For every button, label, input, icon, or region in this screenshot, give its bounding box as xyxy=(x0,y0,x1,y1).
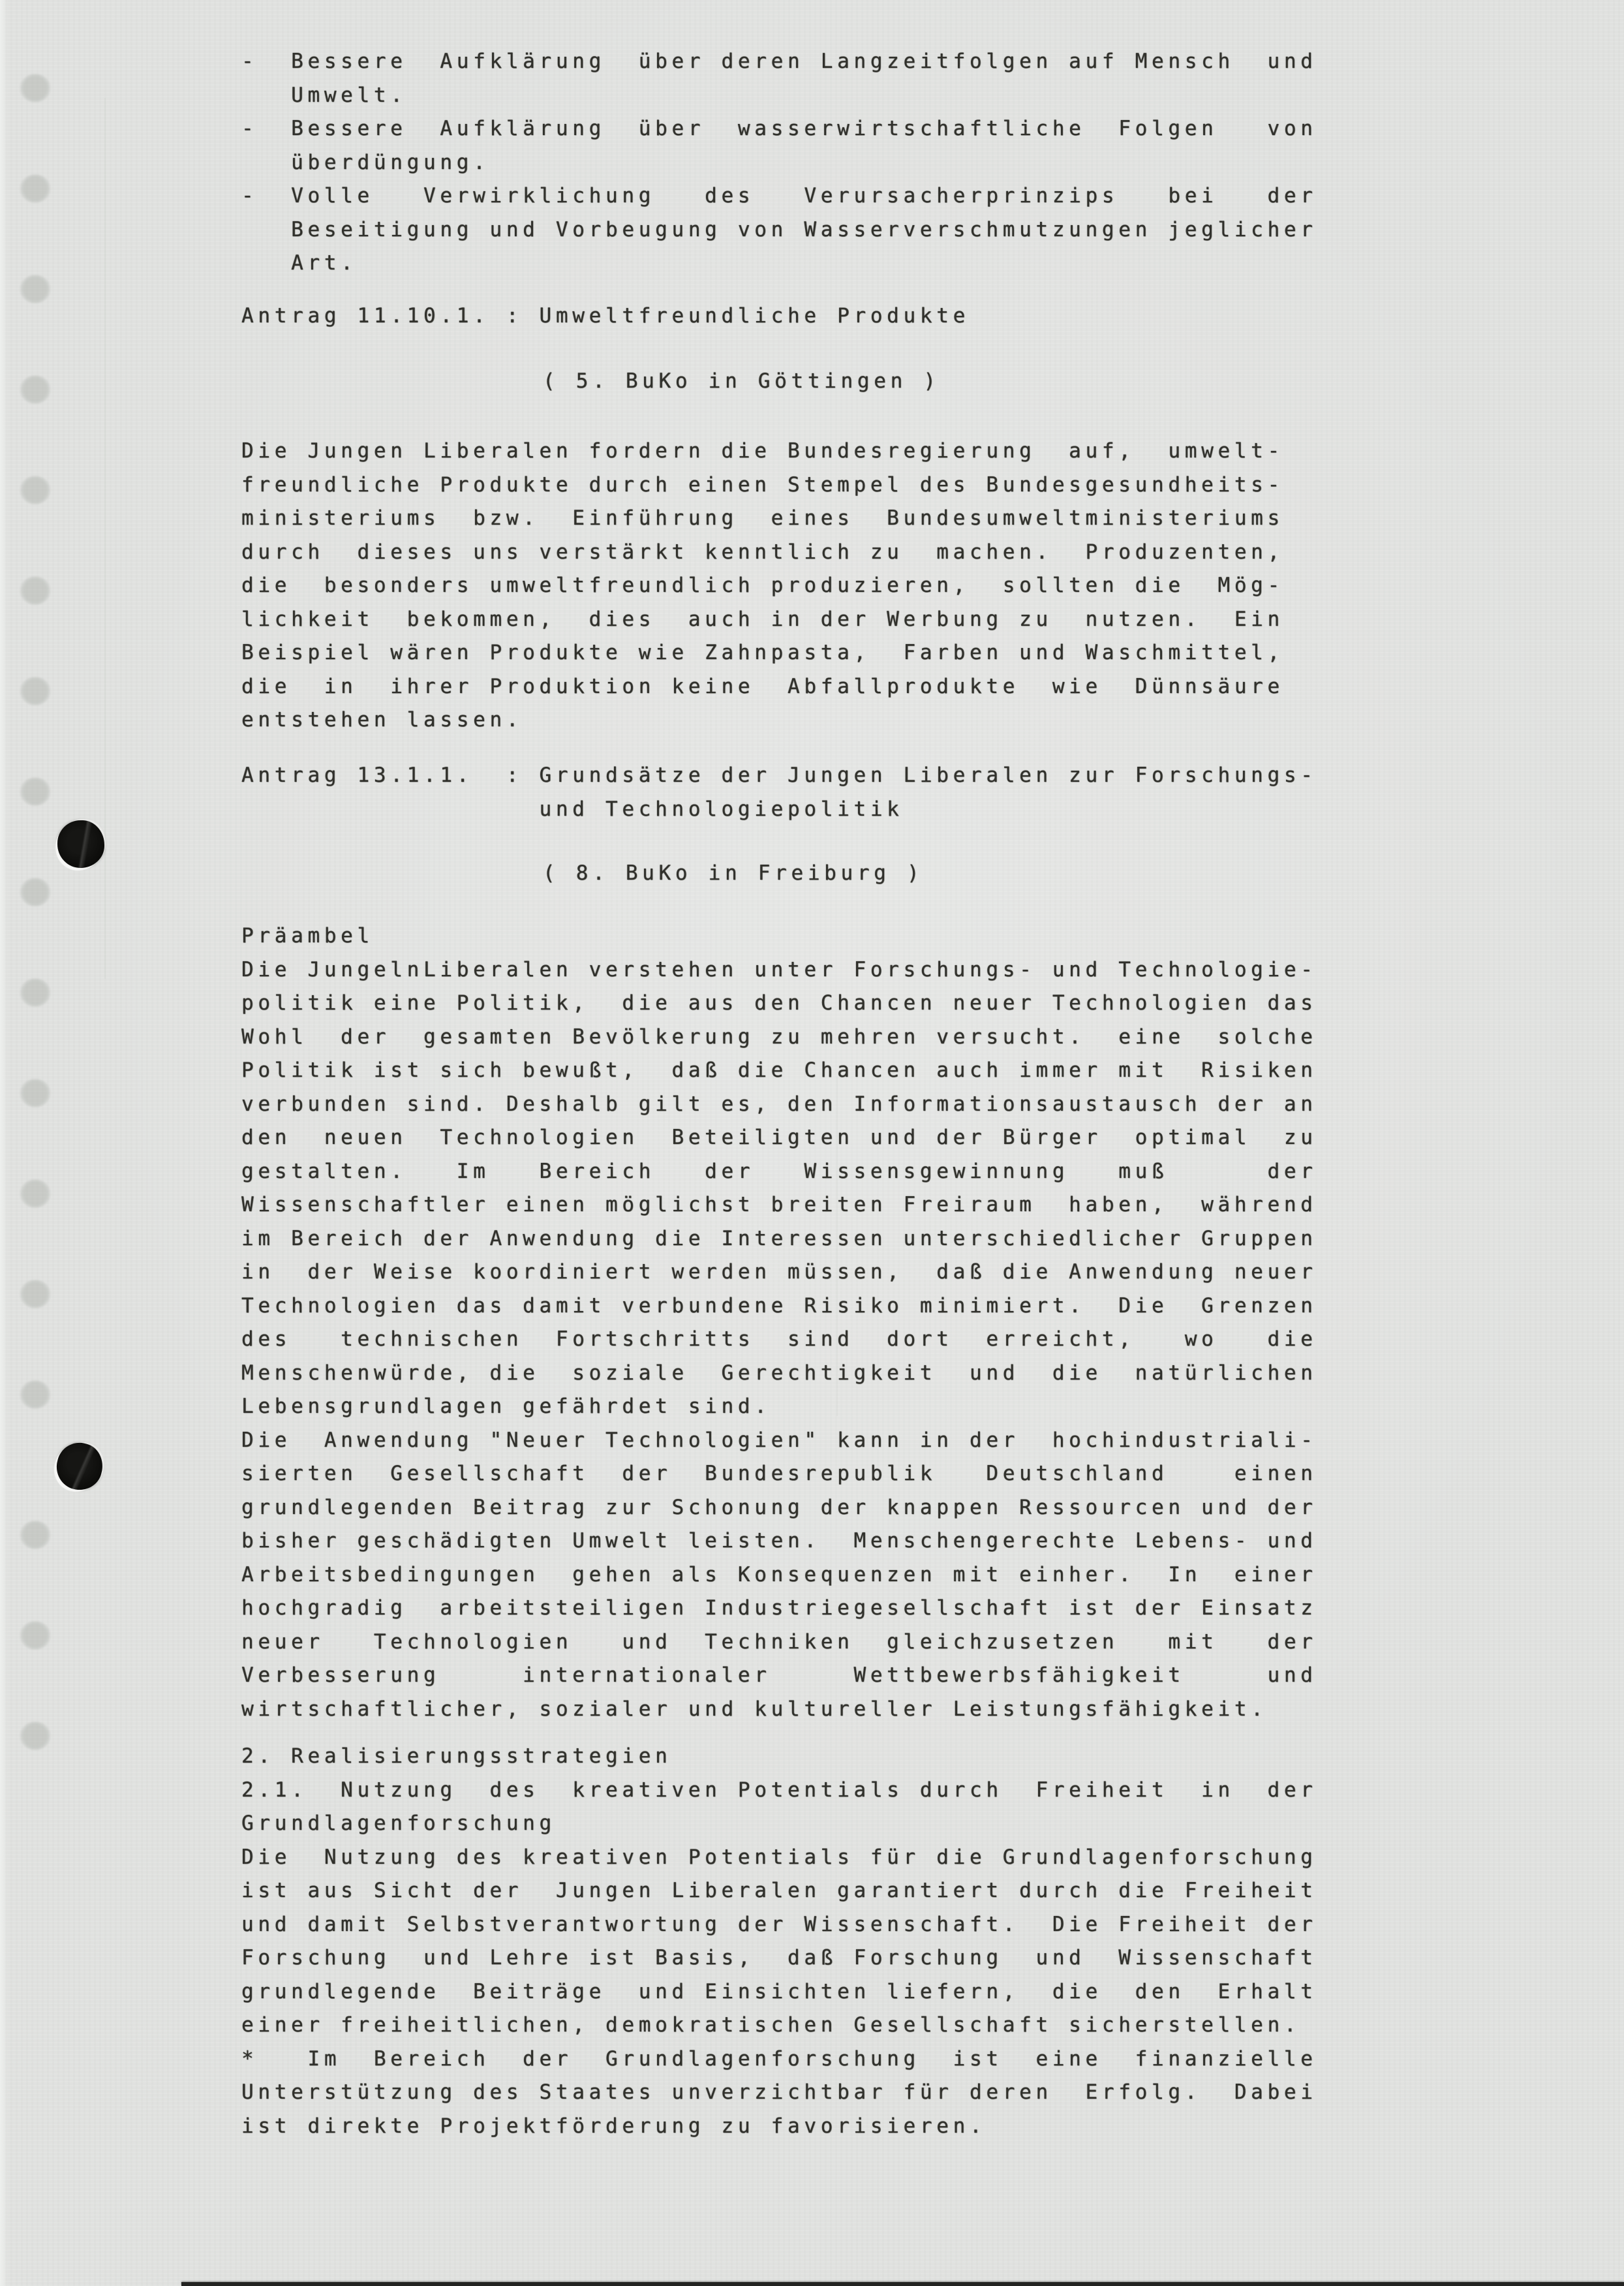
scan-edge xyxy=(0,0,8,2286)
punch-hole-ghost xyxy=(20,1280,51,1308)
punch-hole-ghost xyxy=(20,1380,51,1409)
realisierungsstrategien-section: 2. Realisierungsstrategien 2.1. Nutzung … xyxy=(241,1740,1317,2143)
punch-hole-ghost xyxy=(20,777,51,806)
punch-hole-ghost xyxy=(20,978,51,1007)
antrag-13-venue: ( 8. BuKo in Freiburg ) xyxy=(543,857,923,891)
punch-hole-ghost xyxy=(20,1079,51,1107)
punch-hole-ghost xyxy=(20,275,51,303)
antrag-11-venue: ( 5. BuKo in Göttingen ) xyxy=(543,365,940,399)
punch-hole-ghost xyxy=(20,1722,51,1750)
paper-crease xyxy=(104,98,106,979)
antrag-13-heading: Antrag 13.1.1. : Grundsätze der Jungen L… xyxy=(241,759,1317,826)
scan-edge-bottom xyxy=(181,2282,1624,2286)
punch-hole-ghost xyxy=(20,74,51,102)
punch-hole-ghost xyxy=(20,1621,51,1650)
punch-hole-ghost xyxy=(20,174,51,203)
intro-bullet-list: - Bessere Aufklärung über deren Langzeit… xyxy=(241,45,1317,281)
scanned-page: - Bessere Aufklärung über deren Langzeit… xyxy=(0,0,1624,2286)
punch-hole-ghost xyxy=(20,878,51,906)
punch-hole-ghost xyxy=(20,476,51,504)
punch-hole-ghost xyxy=(20,375,51,404)
punch-hole-ghost xyxy=(20,576,51,605)
antrag-13-praeambel: Präambel Die JungelnLiberalen verstehen … xyxy=(241,919,1317,1726)
punch-hole-ghost xyxy=(20,677,51,705)
punch-hole xyxy=(57,820,104,868)
punch-hole-ghost xyxy=(20,1521,51,1549)
antrag-11-body: Die Jungen Liberalen fordern die Bundesr… xyxy=(241,435,1284,737)
punch-hole xyxy=(52,1438,107,1495)
punch-hole-ghost xyxy=(20,1179,51,1208)
antrag-11-heading: Antrag 11.10.1. : Umweltfreundliche Prod… xyxy=(241,300,970,333)
